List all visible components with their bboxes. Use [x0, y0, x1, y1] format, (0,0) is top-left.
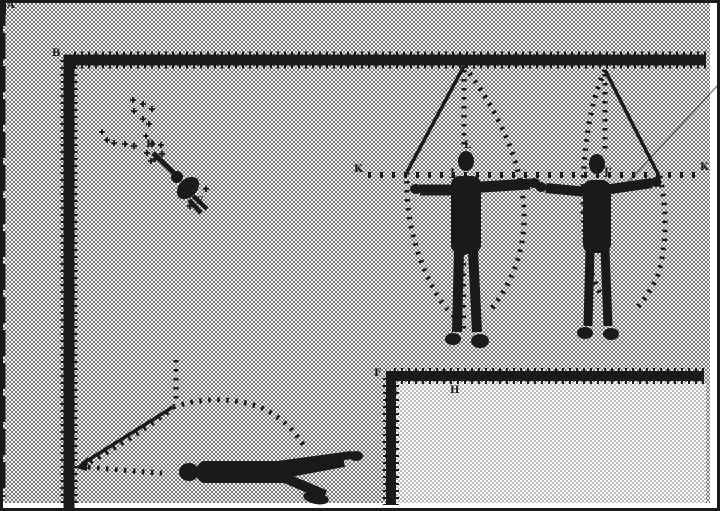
label-J-prime: J': [604, 168, 612, 178]
label-L: L: [464, 141, 471, 151]
label-C: C: [66, 64, 74, 74]
scanned-figure-page: A B C D E F G H I J K L J' K: [0, 0, 720, 511]
label-H: H: [450, 386, 459, 396]
standing-figure-2: [536, 154, 662, 340]
label-F: F: [374, 369, 381, 379]
label-E: E: [196, 197, 204, 207]
label-K-right: K: [700, 163, 709, 173]
label-G: G: [389, 388, 398, 398]
label-I: I: [448, 334, 453, 344]
left-edge-stripe: [0, 0, 6, 497]
label-J: J: [450, 169, 455, 179]
lying-figure: [179, 451, 363, 507]
reach-envelope-lying-figure: [76, 360, 304, 473]
figure-drawing: [0, 0, 720, 511]
label-A: A: [7, 1, 15, 11]
console-border: [391, 376, 704, 505]
label-K-left: K: [354, 165, 363, 175]
label-B: B: [52, 49, 60, 59]
label-D: D: [146, 140, 155, 150]
